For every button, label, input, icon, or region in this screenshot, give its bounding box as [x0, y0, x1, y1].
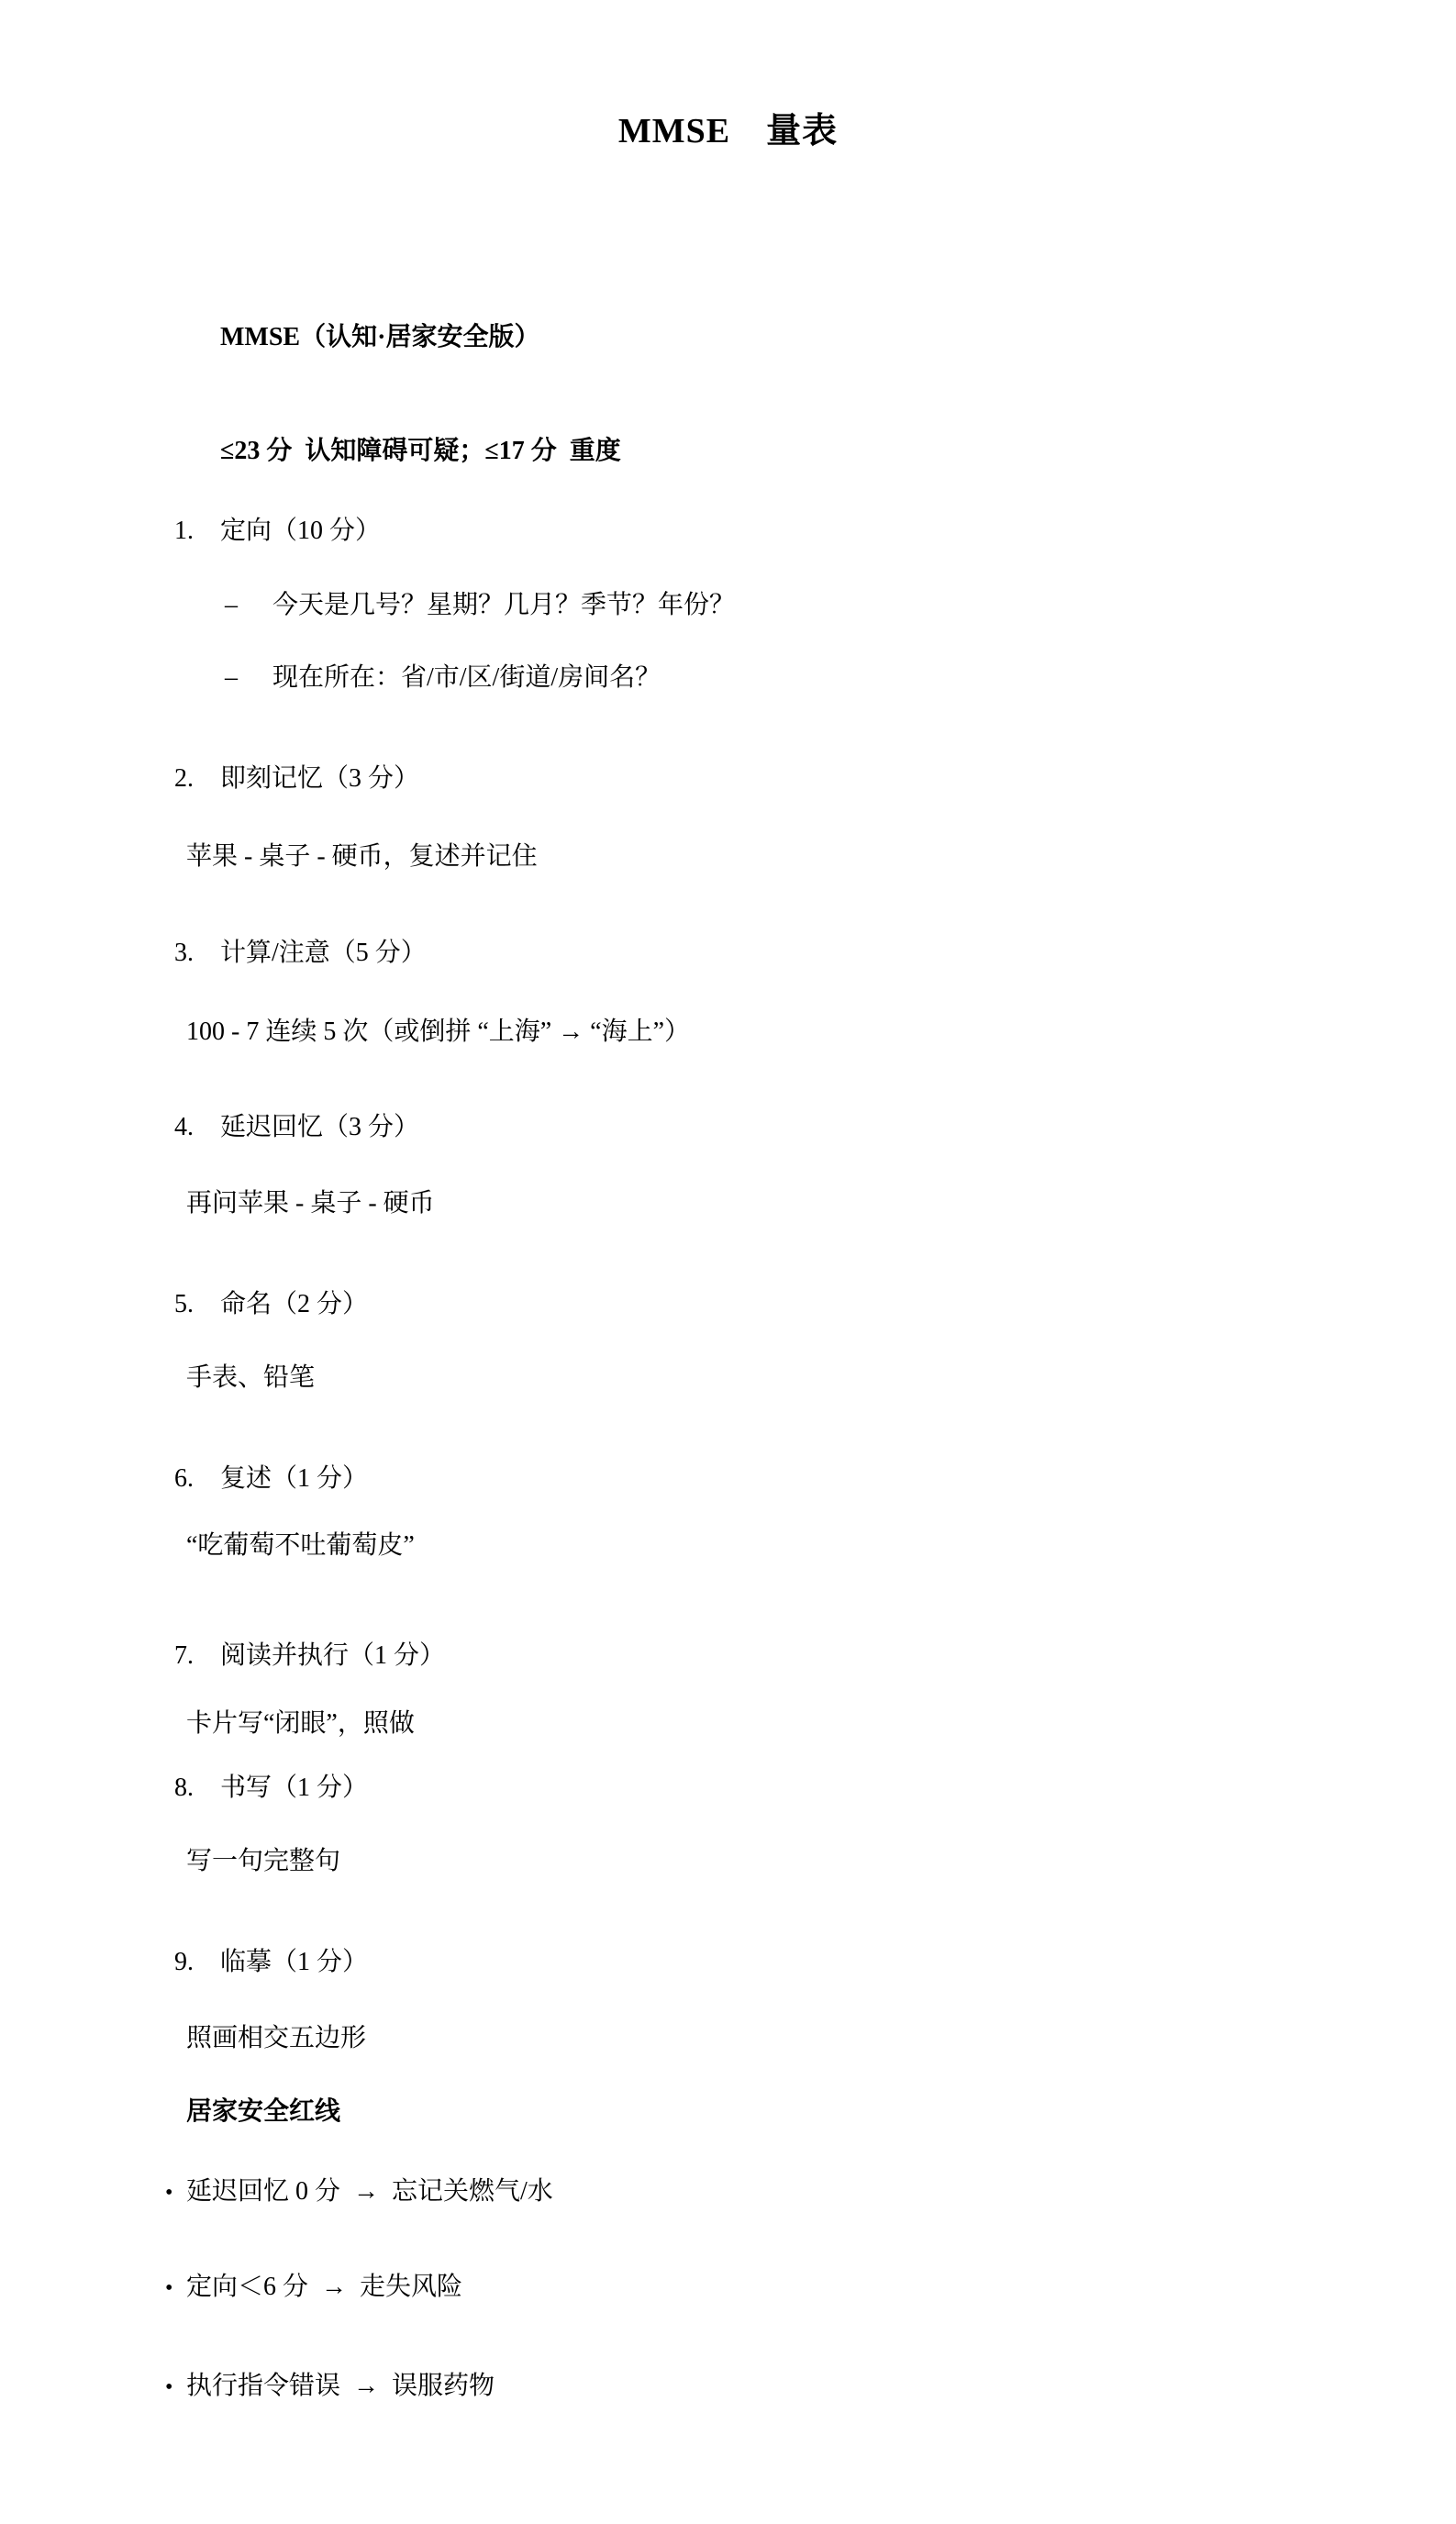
safety-bullet-2-text: 定向＜6 分 → 走失风险	[186, 2273, 462, 2301]
section-9-heading: 9.临摹（1 分）	[0, 1944, 1456, 1981]
section-7-content: 卡片写“闭眼”，照做	[0, 1706, 1456, 1742]
safety-bullet-3-text: 执行指令错误 → 误服药物	[186, 2372, 495, 2400]
section-9-title: 临摹（1 分）	[220, 1948, 368, 1976]
bullet-marker: •	[165, 2270, 186, 2307]
section-6-number: 6.	[174, 1461, 220, 1497]
bullet-marker: •	[165, 2174, 186, 2211]
safety-heading: 居家安全红线	[0, 2094, 1456, 2130]
dash-marker: –	[225, 587, 272, 624]
section-2-title: 即刻记忆（3 分）	[220, 764, 419, 793]
section-8-heading: 8.书写（1 分）	[0, 1770, 1456, 1807]
section-4-number: 4.	[174, 1109, 220, 1146]
section-9-content: 照画相交五边形	[0, 2020, 1456, 2057]
section-5-number: 5.	[174, 1286, 220, 1323]
section-2-number: 2.	[174, 761, 220, 797]
section-8-number: 8.	[174, 1770, 220, 1807]
page-title: MMSE 量表	[0, 0, 1456, 157]
section-4-content: 再问苹果 - 桌子 - 硬币	[0, 1185, 1456, 1222]
section-7-heading: 7.阅读并执行（1 分）	[0, 1638, 1456, 1674]
section-1-sub-item-1-text: 今天是几号？星期？几月？季节？年份？	[272, 591, 735, 619]
document-subtitle: MMSE（认知·居家安全版）	[0, 319, 1456, 356]
section-1-heading: 1.定向（10 分）	[0, 513, 1456, 550]
safety-bullet-2: •定向＜6 分 → 走失风险	[0, 2269, 1456, 2307]
section-3-content: 100 - 7 连续 5 次（或倒拼 “上海” → “海上”）	[0, 1014, 1456, 1051]
section-3-heading: 3.计算/注意（5 分）	[0, 935, 1456, 972]
section-1-sub-item-2-text: 现在所在：省/市/区/街道/房间名？	[272, 663, 661, 692]
section-6-heading: 6.复述（1 分）	[0, 1461, 1456, 1497]
safety-bullet-1-text: 延迟回忆 0 分 → 忘记关燃气/水	[186, 2177, 553, 2206]
section-2-heading: 2.即刻记忆（3 分）	[0, 761, 1456, 797]
safety-bullet-1: •延迟回忆 0 分 → 忘记关燃气/水	[0, 2174, 1456, 2211]
section-8-content: 写一句完整句	[0, 1843, 1456, 1880]
section-5-content: 手表、铅笔	[0, 1360, 1456, 1396]
section-7-number: 7.	[174, 1638, 220, 1674]
dash-marker: –	[225, 660, 272, 696]
section-3-number: 3.	[174, 935, 220, 972]
section-2-content: 苹果 - 桌子 - 硬币，复述并记住	[0, 839, 1456, 875]
section-5-heading: 5.命名（2 分）	[0, 1286, 1456, 1323]
section-1-sub-item-1: –今天是几号？星期？几月？季节？年份？	[0, 587, 1456, 624]
document-page: MMSE 量表 MMSE（认知·居家安全版） ≤23 分 认知障碍可疑；≤17 …	[0, 0, 1456, 2524]
scoring-threshold-note: ≤23 分 认知障碍可疑；≤17 分 重度	[0, 433, 1456, 470]
section-4-title: 延迟回忆（3 分）	[220, 1113, 419, 1141]
section-8-title: 书写（1 分）	[220, 1773, 368, 1802]
bullet-marker: •	[165, 2369, 186, 2406]
section-1-title: 定向（10 分）	[220, 517, 381, 545]
section-5-title: 命名（2 分）	[220, 1290, 368, 1318]
section-9-number: 9.	[174, 1944, 220, 1981]
safety-bullet-3: •执行指令错误 → 误服药物	[0, 2368, 1456, 2406]
section-1-number: 1.	[174, 513, 220, 550]
section-3-title: 计算/注意（5 分）	[220, 939, 427, 967]
section-6-content: “吃葡萄不吐葡萄皮”	[0, 1528, 1456, 1564]
section-4-heading: 4.延迟回忆（3 分）	[0, 1109, 1456, 1146]
section-7-title: 阅读并执行（1 分）	[220, 1641, 445, 1670]
section-6-title: 复述（1 分）	[220, 1464, 368, 1493]
section-1-sub-item-2: –现在所在：省/市/区/街道/房间名？	[0, 660, 1456, 696]
